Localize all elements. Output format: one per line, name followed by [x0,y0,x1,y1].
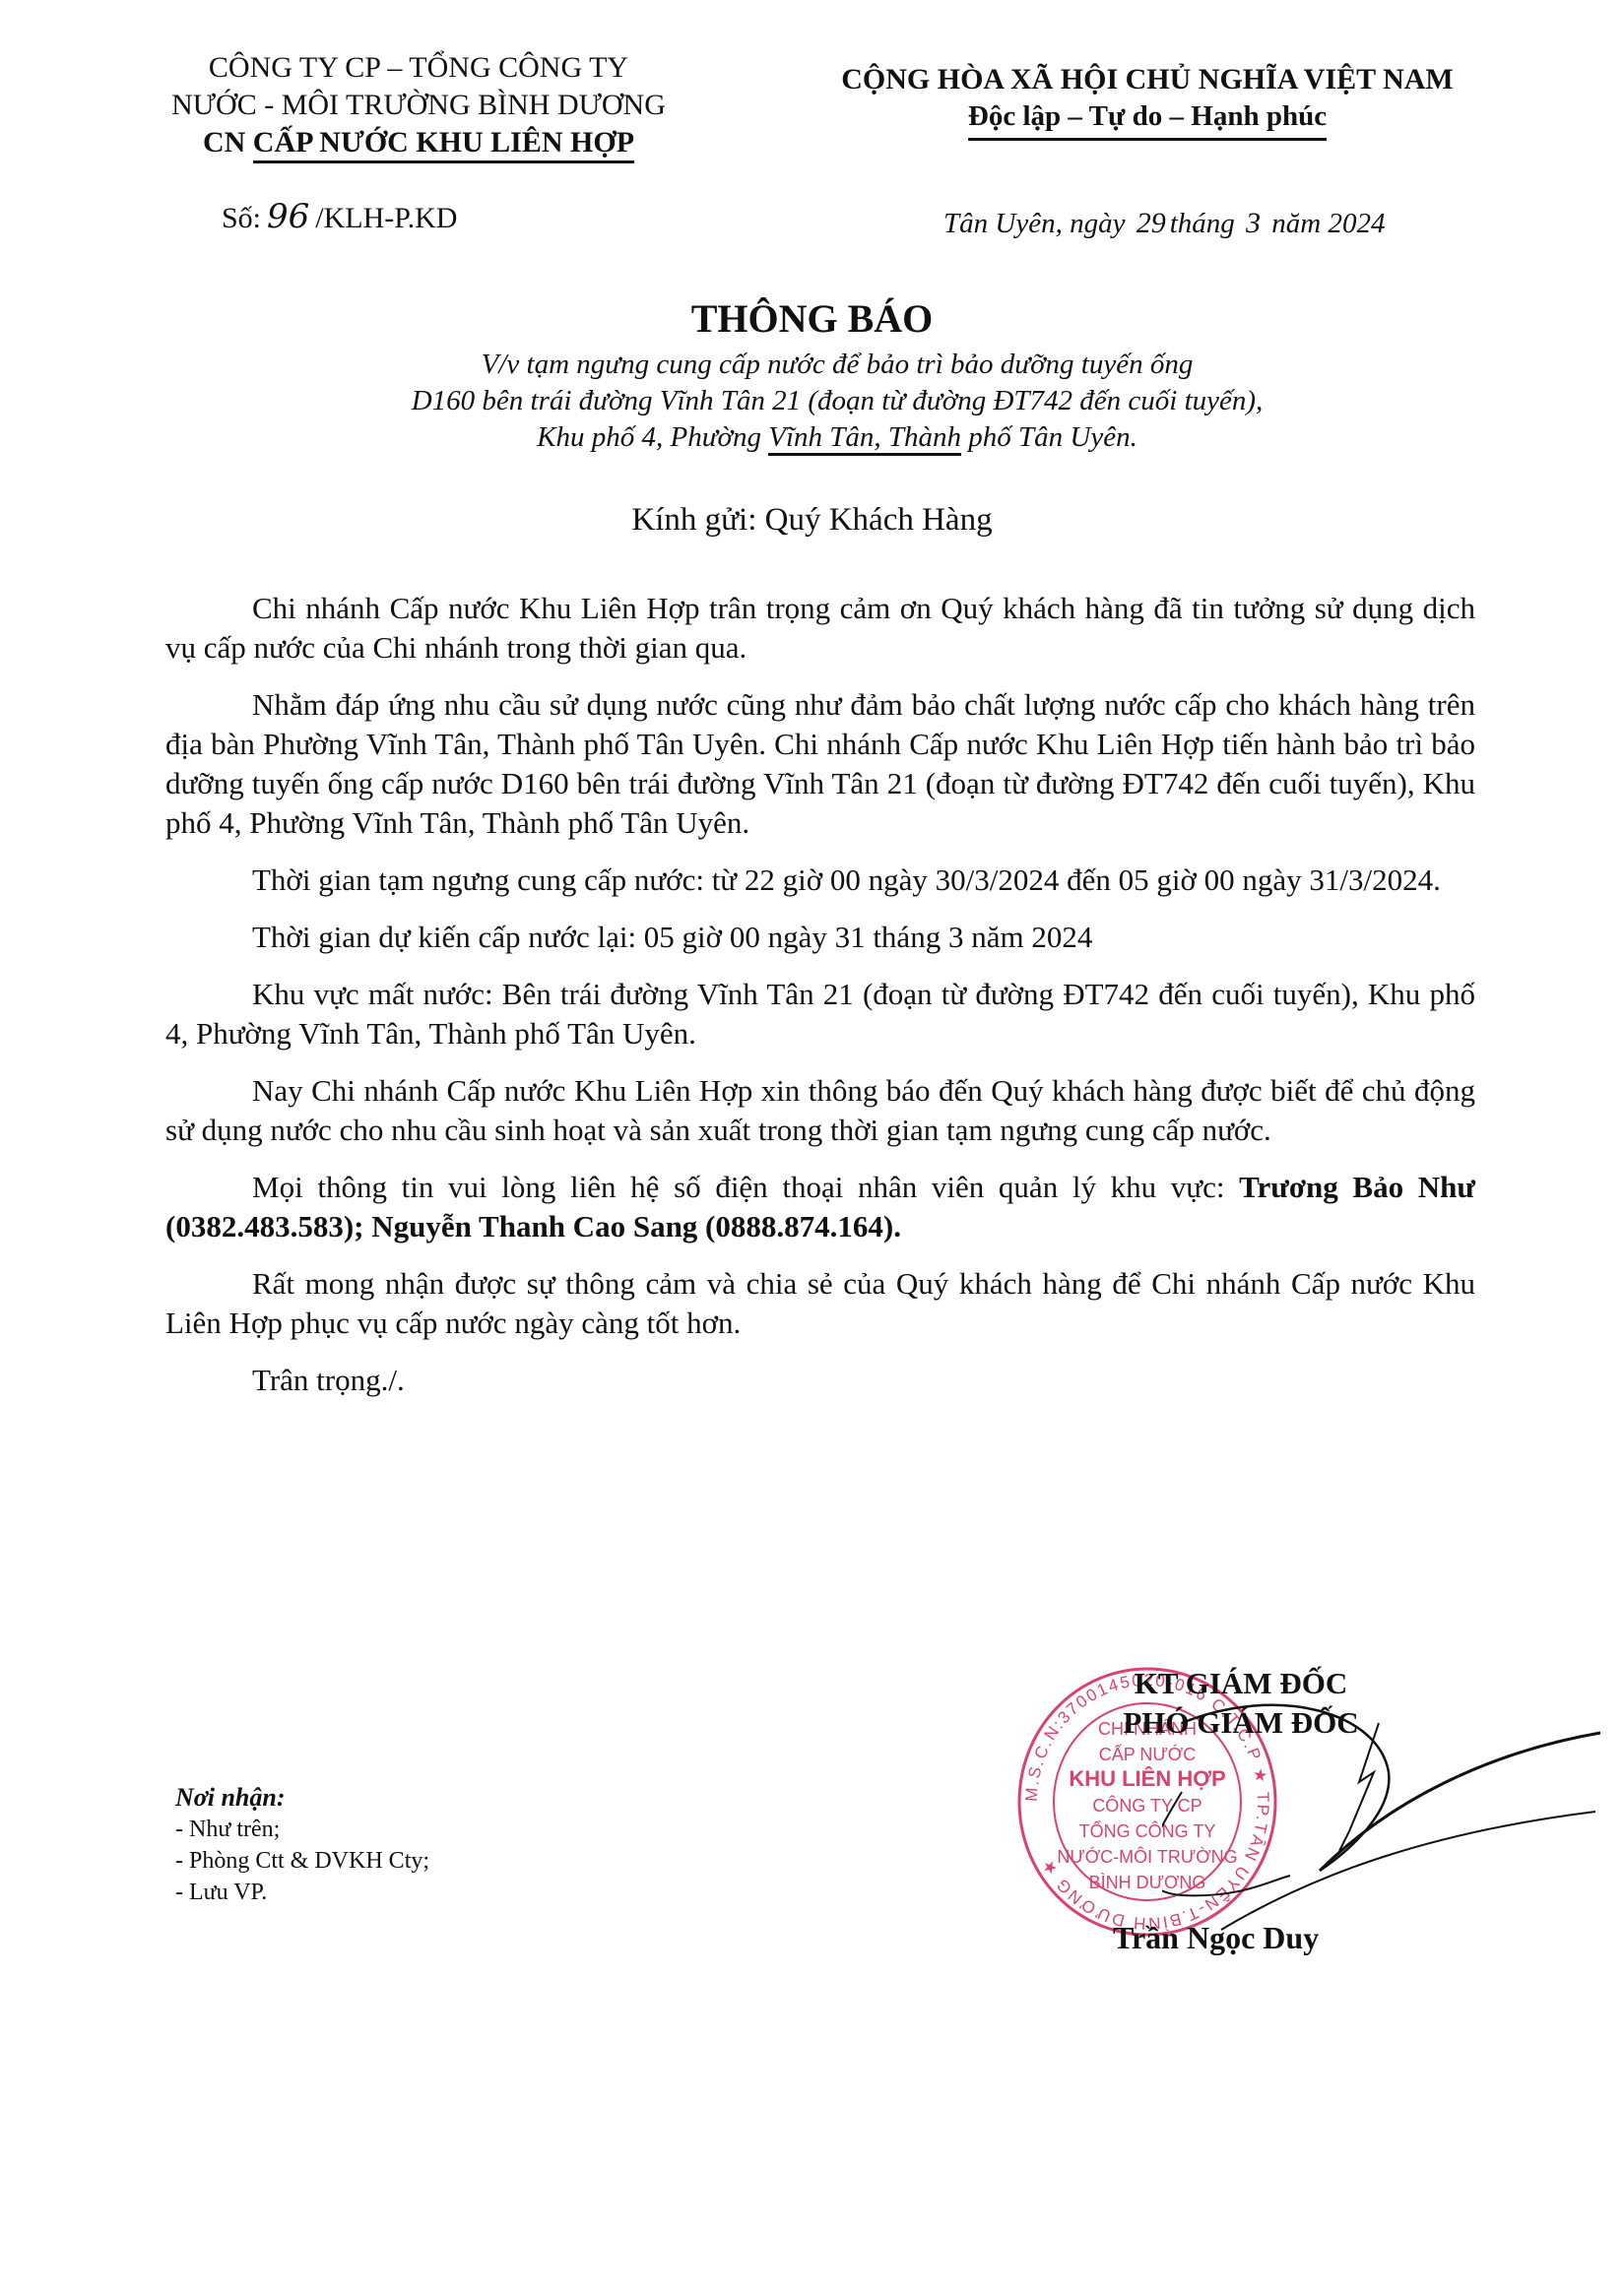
document-number-value: 96 [267,197,309,236]
issuer-header: CÔNG TY CP – TỔNG CÔNG TY NƯỚC - MÔI TRƯ… [133,49,704,161]
paragraph-thanks: Chi nhánh Cấp nước Khu Liên Hợp trân trọ… [165,589,1475,668]
paragraph-outage-time: Thời gian tạm ngưng cung cấp nước: từ 22… [165,861,1475,900]
signature-title-2: PHÓ GIÁM ĐỐC [1064,1703,1418,1743]
paragraph-notice: Nay Chi nhánh Cấp nước Khu Liên Hợp xin … [165,1071,1475,1150]
document-number: Số:96/KLH-P.KD [222,197,457,236]
paragraph-closing-request: Rất mong nhận được sự thông cảm và chia … [165,1264,1475,1343]
recipient-item: - Phòng Ctt & DVKH Cty; [175,1845,429,1877]
paragraph-purpose: Nhằm đáp ứng nhu cầu sử dụng nước cũng n… [165,685,1475,843]
national-motto: Độc lập – Tự do – Hạnh phúc [968,98,1327,141]
signer-name: Trần Ngọc Duy [1113,1920,1319,1956]
issuer-org-line2: NƯỚC - MÔI TRƯỜNG BÌNH DƯƠNG [133,87,704,124]
paragraph-restore-time: Thời gian dự kiến cấp nước lại: 05 giờ 0… [165,918,1475,957]
recipient-item: - Lưu VP. [175,1877,429,1908]
date-month: 3 [1246,207,1261,239]
document-subject: V/v tạm ngưng cung cấp nước để bảo trì b… [295,347,1379,456]
signature-block: KT GIÁM ĐỐC PHÓ GIÁM ĐỐC [1064,1664,1418,1743]
paragraph-outage-area: Khu vực mất nước: Bên trái đường Vĩnh Tâ… [165,975,1475,1053]
issuer-branch-name: CẤP NƯỚC KHU LIÊN HỢP [253,126,634,163]
place-date: Tân Uyên, ngày 29tháng 3 năm 2024 [943,207,1385,240]
recipient-item: - Như trên; [175,1814,429,1845]
issuer-org-line1: CÔNG TY CP – TỔNG CÔNG TY [133,49,704,87]
signature-title-1: KT GIÁM ĐỐC [1064,1664,1418,1703]
recipients-heading: Nơi nhận: [175,1782,429,1814]
document-title: THÔNG BÁO [0,295,1624,342]
paragraph-contact: Mọi thông tin vui lòng liên hệ số điện t… [165,1168,1475,1246]
salutation: Kính gửi: Quý Khách Hàng [0,502,1624,539]
recipients: Nơi nhận: - Như trên; - Phòng Ctt & DVKH… [175,1782,429,1908]
nation-title: CỘNG HÒA XÃ HỘI CHỦ NGHĨA VIỆT NAM [803,61,1492,98]
closing-regards: Trân trọng./. [165,1361,1475,1400]
national-header: CỘNG HÒA XÃ HỘI CHỦ NGHĨA VIỆT NAM Độc l… [803,61,1492,141]
issuer-branch: CN CẤP NƯỚC KHU LIÊN HỢP [133,124,704,161]
date-day: 29 [1137,207,1166,239]
document-body: Chi nhánh Cấp nước Khu Liên Hợp trân trọ… [165,589,1475,1418]
